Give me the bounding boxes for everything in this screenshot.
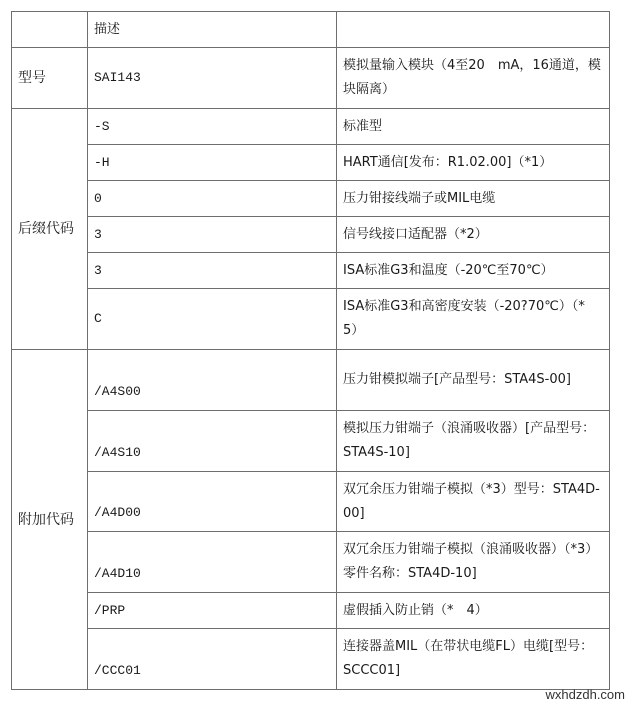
- header-row: 描述: [12, 12, 610, 48]
- table-row: /PRP 虚假插入防止销（* 4）: [12, 593, 610, 629]
- suffix-code: 3: [88, 217, 337, 253]
- table-row: /CCC01 连接器盖MIL（在带状电缆FL）电缆[型号：SCCC01]: [12, 629, 610, 690]
- header-cell-empty: [337, 12, 610, 48]
- table-row: C ISA标准G3和高密度安装（-20?70℃）（* 5）: [12, 289, 610, 350]
- model-code: SAI143: [88, 48, 337, 109]
- table-row: 0 压力钳接线端子或MIL电缆: [12, 181, 610, 217]
- suffix-description: 压力钳接线端子或MIL电缆: [337, 181, 610, 217]
- option-description: 双冗余压力钳端子模拟（*3）型号：STA4D-00]: [337, 472, 610, 532]
- header-description: 描述: [88, 12, 337, 48]
- category-option-codes: 附加代码: [12, 350, 88, 690]
- suffix-code: 0: [88, 181, 337, 217]
- category-suffix-codes: 后缀代码: [12, 109, 88, 350]
- watermark: wxhdzdh.com: [546, 687, 625, 702]
- suffix-code: -S: [88, 109, 337, 145]
- table-row: 后缀代码 -S 标准型: [12, 109, 610, 145]
- table-row: 3 信号线接口适配器（*2）: [12, 217, 610, 253]
- option-code: /A4S10: [88, 411, 337, 472]
- option-code: /PRP: [88, 593, 337, 629]
- option-description: 双冗余压力钳端子模拟（浪涌吸收器）（*3）零件名称：STA4D-10]: [337, 532, 610, 593]
- model-row: 型号 SAI143 模拟量输入模块（4至20 mA，16通道，模块隔离）: [12, 48, 610, 109]
- spec-table: 描述 型号 SAI143 模拟量输入模块（4至20 mA，16通道，模块隔离） …: [11, 11, 610, 690]
- table-row: 3 ISA标准G3和温度（-20℃至70℃）: [12, 253, 610, 289]
- option-code: /CCC01: [88, 629, 337, 690]
- option-description: 压力钳模拟端子[产品型号：STA4S-00]: [337, 350, 610, 411]
- option-code: /A4D00: [88, 472, 337, 532]
- option-description: 虚假插入防止销（* 4）: [337, 593, 610, 629]
- suffix-description: 信号线接口适配器（*2）: [337, 217, 610, 253]
- table-row: /A4S10 模拟压力钳端子（浪涌吸收器）[产品型号：STA4S-10]: [12, 411, 610, 472]
- suffix-description: ISA标准G3和高密度安装（-20?70℃）（* 5）: [337, 289, 610, 350]
- model-description: 模拟量输入模块（4至20 mA，16通道，模块隔离）: [337, 48, 610, 109]
- table-row: /A4D10 双冗余压力钳端子模拟（浪涌吸收器）（*3）零件名称：STA4D-1…: [12, 532, 610, 593]
- header-cell-empty: [12, 12, 88, 48]
- category-model: 型号: [12, 48, 88, 109]
- table-row: 附加代码 /A4S00 压力钳模拟端子[产品型号：STA4S-00]: [12, 350, 610, 411]
- suffix-description: HART通信[发布：R1.02.00]（*1）: [337, 145, 610, 181]
- suffix-description: 标准型: [337, 109, 610, 145]
- suffix-description: ISA标准G3和温度（-20℃至70℃）: [337, 253, 610, 289]
- option-description: 连接器盖MIL（在带状电缆FL）电缆[型号：SCCC01]: [337, 629, 610, 690]
- table-row: -H HART通信[发布：R1.02.00]（*1）: [12, 145, 610, 181]
- suffix-code: C: [88, 289, 337, 350]
- table-row: /A4D00 双冗余压力钳端子模拟（*3）型号：STA4D-00]: [12, 472, 610, 532]
- suffix-code: 3: [88, 253, 337, 289]
- option-code: /A4S00: [88, 350, 337, 411]
- option-code: /A4D10: [88, 532, 337, 593]
- suffix-code: -H: [88, 145, 337, 181]
- option-description: 模拟压力钳端子（浪涌吸收器）[产品型号：STA4S-10]: [337, 411, 610, 472]
